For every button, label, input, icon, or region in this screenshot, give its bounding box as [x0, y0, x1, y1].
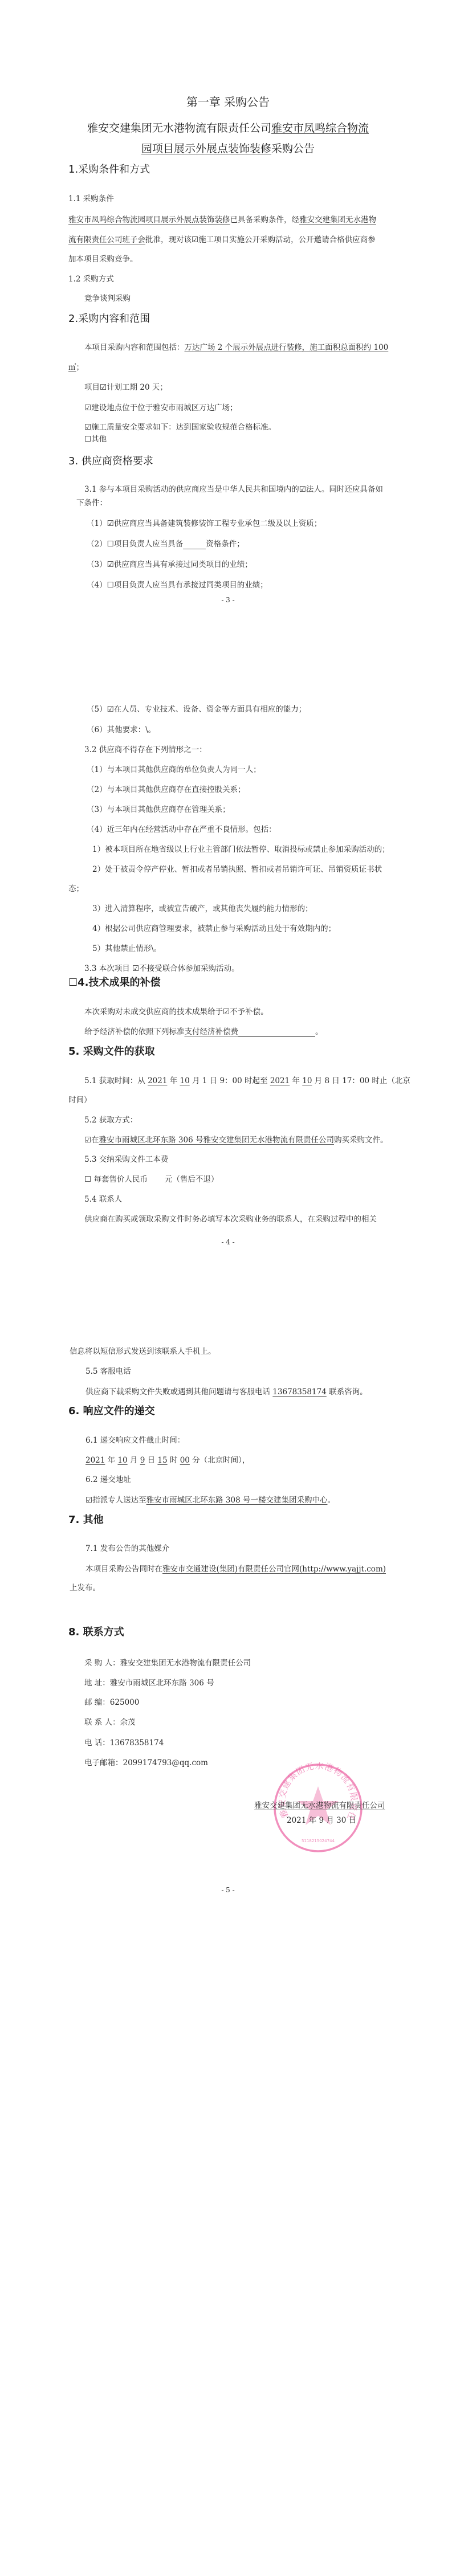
s1-para-line3: 加本项目采购竞争。	[68, 254, 138, 264]
compensation-suffix: 。	[315, 1027, 323, 1036]
page-number-4: - 4 -	[0, 1238, 456, 1246]
t: 时	[168, 1456, 180, 1465]
page-number-5: - 5 -	[0, 1886, 456, 1894]
main-title-suffix: 采购公告	[271, 142, 315, 155]
t: 日	[145, 1456, 157, 1465]
signature-date: 2021 年 9 月 30 日	[287, 1814, 356, 1825]
heading-section-3: 3. 供应商资格要求	[68, 453, 153, 468]
req-item-2: （2）☐项目负责人应当具备资格条件；	[87, 539, 245, 549]
hotline-number: 13678358174	[272, 1387, 326, 1397]
other-checkbox: ☐其他	[84, 434, 107, 444]
deadline-year: 2021	[85, 1456, 105, 1465]
acquire-method: ☑在雅安市雨城区北环东路 306 号雅安交建集团无水港物流有限责任公司购买采购文…	[84, 1135, 388, 1145]
t: 年	[167, 1076, 180, 1085]
contact-text-line1: 供应商在购买或领取采购文件时务必填写本次采购业务的联系人，在采购过程中的相关	[84, 1214, 377, 1224]
contact-row-email: 电子邮箱：2099174793@qq.com	[84, 1758, 208, 1768]
contact-label: 5.4 联系人	[84, 1194, 122, 1205]
req-item-3: （3）☑供应商应当具有承接过同类项目的业绩；	[87, 560, 253, 570]
heading-section-4: ☐4.技术成果的补偿	[68, 974, 161, 989]
value: 雅安交建集团无水港物流有限责任公司	[120, 1659, 251, 1668]
fee-label: 5.3 交纳采购文件工本费	[84, 1154, 168, 1165]
scope-underlined: 万达广场 2 个展示外展点进行装修，施工面积总面积约 100	[185, 343, 389, 352]
value: 625000	[110, 1698, 140, 1707]
main-title-company: 雅安交建集团无水港物流有限责任公司	[87, 122, 271, 134]
exclusion-4-4: 4）根据公司供应商管理要求，被禁止参与采购活动且处于有效期内的；	[92, 924, 336, 934]
t: 月 1 日 9：00 时起至	[190, 1076, 270, 1085]
acquire-time-line1: 5.1 获取时间：从 2021 年 10 月 1 日 9：00 时起至 2021…	[84, 1076, 410, 1086]
t: 本项目采购公告同时在	[85, 1565, 162, 1574]
media-line2: 上发布。	[70, 1583, 100, 1593]
submit-address-underlined: 雅安市雨城区北环东路 308 号一楼交建集团采购中心	[146, 1496, 328, 1505]
deadline-hour: 15	[157, 1456, 167, 1465]
req-item-5: （5）☑在人员、专业技术、设备、资金等方面具有相应的能力；	[87, 704, 306, 715]
req2-suffix: 资格条件；	[206, 540, 245, 549]
t: 年	[105, 1456, 117, 1465]
value: 余茂	[120, 1718, 136, 1727]
heading-section-2: 2.采购内容和范围	[68, 311, 150, 325]
exclusion-4-2-line2: 态；	[68, 884, 84, 894]
t: 元（售后不退）	[165, 1175, 219, 1184]
heading-section-8: 8. 联系方式	[68, 1624, 124, 1639]
value: 雅安市雨城区北环东路 306 号	[110, 1679, 214, 1688]
t: 联系咨询。	[327, 1387, 368, 1397]
scope-suffix: ；	[76, 363, 84, 372]
req-item-4: （4）☐项目负责人应当具有承接过同类项目的业绩；	[87, 580, 268, 590]
exclusion-2: （2）与本项目其他供应商存在直接控股关系；	[87, 785, 246, 795]
s1-text: 已具备采购条件，经	[230, 215, 300, 224]
subheading-1-2: 1.2 采购方式	[68, 274, 114, 284]
start-month: 10	[180, 1076, 190, 1085]
req-3-1-line1: 3.1 参与本项目采购活动的供应商应当是中华人民共和国境内的☑法人。同时还应具备…	[84, 484, 383, 495]
main-title-line1: 雅安交建集团无水港物流有限责任公司雅安市凤鸣综合物流	[0, 120, 456, 135]
t: 月	[128, 1456, 140, 1465]
main-title-project-part2: 园项目展示外展点装饰装修	[141, 142, 271, 155]
start-year: 2021	[148, 1076, 167, 1085]
main-title-project-part1: 雅安市凤鸣综合物流	[271, 122, 369, 134]
acquire-method-label: 5.2 获取方式：	[84, 1115, 137, 1125]
scope-line2: ㎡；	[68, 362, 84, 373]
submit-address-label: 6.2 递交地址	[85, 1475, 131, 1485]
construction-period: 项目☑计划工期 20 天；	[84, 382, 168, 393]
compensation-prefix: 给予经济补偿的依照下列标准	[84, 1027, 185, 1036]
exclusion-4-3: 3）进入清算程序，或被宣告破产，或其他丧失履约能力情形的；	[92, 904, 313, 914]
deadline-value: 2021 年 10 月 9 日 15 时 00 分（北京时间），	[85, 1455, 250, 1465]
compensation-line2: 给予经济补偿的依照下列标准支付经济补偿费。	[84, 1027, 323, 1037]
t: 月 8 日 17：00 时止（北京	[312, 1076, 410, 1085]
label: 地 址：	[84, 1679, 110, 1688]
label: 电 话：	[84, 1738, 110, 1748]
compensation-underlined: 支付经济补偿费	[185, 1027, 239, 1036]
compensation-line1: 本次采购对未成交供应商的技术成果给于☑不予补偿。	[84, 1007, 268, 1017]
exclusion-4: （4）近三年内在经营活动中存在严重不良情形。包括：	[87, 824, 276, 835]
hotline-text: 供应商下载采购文件失败或遇到其他问题请与客服电话 13678358174 联系咨…	[85, 1387, 368, 1397]
exclusion-3: （3）与本项目其他供应商存在管理关系；	[87, 805, 230, 815]
req-item-6: （6）其他要求：\。	[87, 725, 156, 735]
contact-row-postcode: 邮 编：625000	[84, 1697, 139, 1708]
s1-text2: 批准，现对该☑施工项目实施公开采购活动，公开邀请合格供应商参	[145, 235, 376, 244]
deadline-label: 6.1 递交响应文件截止时间：	[85, 1435, 185, 1446]
construction-location: ☑建设地点位于位于雅安市雨城区万达广场；	[84, 403, 238, 413]
end-month: 10	[302, 1076, 312, 1085]
req2-blank	[183, 541, 206, 549]
label: 采 购 人：	[84, 1659, 120, 1668]
page-number-3: - 3 -	[0, 596, 456, 604]
chapter-title: 第一章 采购公告	[0, 93, 456, 109]
t: 5.1 获取时间：从	[84, 1076, 148, 1085]
deadline-minute: 00	[180, 1456, 190, 1465]
t: 分（北京时间），	[190, 1456, 250, 1465]
t: 购买采购文件。	[334, 1136, 388, 1145]
label: 电子邮箱：	[84, 1758, 123, 1767]
fee-line: ☐ 每套售价人民币元（售后不退）	[84, 1174, 218, 1185]
contact-row-purchaser: 采 购 人：雅安交建集团无水港物流有限责任公司	[84, 1658, 251, 1668]
req-3-2-label: 3.2 供应商不得存在下列情形之一：	[84, 745, 207, 755]
contact-text-line2: 信息将以短信形式发送到该联系人手机上。	[70, 1346, 216, 1357]
media-label: 7.1 发布公告的其他媒介	[85, 1544, 169, 1554]
project-name-underlined: 雅安市凤鸣综合物流园项目展示外展点装饰装修	[68, 215, 230, 224]
heading-section-7: 7. 其他	[68, 1512, 104, 1526]
procurement-method: 竞争谈判采购	[84, 293, 131, 304]
media-line1: 本项目采购公告同时在雅安市交通建设(集团)有限责任公司官网(http://www…	[85, 1564, 386, 1574]
t: ☑在	[84, 1136, 99, 1145]
hotline-label: 5.5 客服电话	[85, 1366, 131, 1377]
req-item-1: （1）☑供应商应当具备建筑装修装饰工程专业承包二级及以上资质；	[87, 519, 321, 529]
t: 年	[290, 1076, 302, 1085]
signature-company: 雅安交建集团无水港物流有限责任公司	[254, 1799, 385, 1810]
t: 供应商下载采购文件失败或遇到其他问题请与客服电话	[85, 1387, 272, 1397]
heading-section-6: 6. 响应文件的递交	[68, 1403, 155, 1418]
contact-row-phone: 电 话：13678358174	[84, 1738, 164, 1748]
stamp-number: 5118215024744	[302, 1839, 335, 1843]
exclusion-4-1: 1）被本项目所在地省级以上行业主管部门依法暂停、取消投标或禁止参加采购活动的；	[92, 844, 390, 855]
compensation-blank	[238, 1028, 315, 1037]
t: ☑指派专人送达至	[85, 1496, 146, 1505]
scope-prefix: 本项目采购内容和范围包括：	[84, 343, 185, 352]
acquire-address: 雅安市雨城区北环东路 306 号雅安交建集团无水港物流有限责任公司	[99, 1136, 334, 1145]
label: 联 系 人：	[84, 1718, 120, 1727]
s1-para-line2: 流有限责任公司班子会批准，现对该☑施工项目实施公开采购活动，公开邀请合格供应商参	[68, 235, 376, 245]
heading-section-5: 5. 采购文件的获取	[68, 1043, 155, 1058]
scope-line1: 本项目采购内容和范围包括：万达广场 2 个展示外展点进行装修，施工面积总面积约 …	[84, 342, 388, 353]
scope-unit: ㎡	[68, 363, 76, 372]
heading-section-1: 1.采购条件和方式	[68, 161, 150, 176]
contact-row-address: 地 址：雅安市雨城区北环东路 306 号	[84, 1678, 214, 1688]
t: ☐ 每套售价人民币	[84, 1175, 148, 1184]
contact-row-person: 联 系 人：余茂	[84, 1717, 136, 1728]
subheading-1-1: 1.1 采购条件	[68, 194, 114, 204]
exclusion-4-2-line1: 2）处于被责令停产停业、暂扣或者吊销执照、暂扣或者吊销许可证、吊销资质证书状	[92, 864, 382, 875]
t: 。	[327, 1496, 335, 1505]
req-3-1-line2: 下条件：	[76, 498, 107, 508]
main-title-line2: 园项目展示外展点装饰装修采购公告	[0, 140, 456, 156]
label: 邮 编：	[84, 1698, 110, 1707]
exclusion-4-5: 5）其他禁止情形\。	[92, 944, 161, 954]
req2-prefix: （2）☐项目负责人应当具备	[87, 540, 183, 549]
end-year: 2021	[270, 1076, 290, 1085]
email-value[interactable]: 2099174793@qq.com	[123, 1758, 208, 1767]
deadline-month: 10	[117, 1456, 127, 1465]
approver-underlined: 雅安交建集团无水港物	[299, 215, 376, 224]
quality-requirement: ☑施工质量安全要求如下：达到国家验收规范合格标准。	[84, 422, 276, 432]
consortium-rule: 3.3 本次项目 ☑不接受联合体参加采购活动。	[84, 964, 239, 974]
exclusion-1: （1）与本项目其他供应商的单位负责人为同一人；	[87, 765, 261, 775]
official-website-link[interactable]: 雅安市交通建设(集团)有限责任公司官网(http://www.yajjt.com…	[162, 1565, 386, 1574]
approver-underlined-cont: 流有限责任公司班子会	[68, 235, 145, 244]
value: 13678358174	[110, 1738, 164, 1748]
s1-para-line1: 雅安市凤鸣综合物流园项目展示外展点装饰装修已具备采购条件，经雅安交建集团无水港物	[68, 215, 376, 225]
acquire-time-line2: 时间）	[68, 1095, 92, 1105]
submit-address: ☑指派专人送达至雅安市雨城区北环东路 308 号一楼交建集团采购中心。	[85, 1495, 335, 1505]
